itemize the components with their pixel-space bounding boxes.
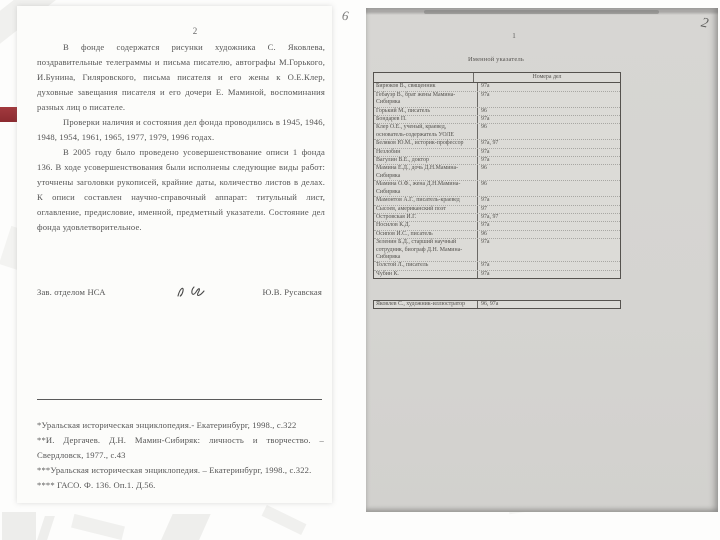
scanned-document-report-page: 2 В фонде содержатся рисунки художника С… bbox=[17, 6, 332, 503]
name-cell: Гебауэр В., брат жены Мамина-Сибиряка bbox=[374, 92, 478, 107]
file-numbers-cell: 96 bbox=[478, 124, 620, 139]
table-row: Носилов К.Д.97а bbox=[374, 222, 620, 230]
table-row: Зеленин Б.Д., старший научный сотрудник,… bbox=[374, 239, 620, 262]
signature-row: Зав. отделом НСА Ю.В. Русавская bbox=[37, 282, 322, 302]
name-cell: Зеленин Б.Д., старший научный сотрудник,… bbox=[374, 239, 478, 261]
file-numbers-cell: 97а bbox=[478, 222, 620, 229]
index-title: Именной указатель bbox=[373, 56, 619, 63]
name-cell: Бондарев П. bbox=[374, 116, 478, 123]
table-row: Беляков Ю.М., историк-профессор97а, 97 bbox=[374, 140, 620, 148]
table-row: Мамонтов А.Г., писатель-краевед97а bbox=[374, 197, 620, 205]
table-row: Островская И.Г.97а, 97 bbox=[374, 214, 620, 222]
name-cell: Носилов К.Д. bbox=[374, 222, 478, 229]
name-cell: Клер О.Е., ученый, краевед, основатель-с… bbox=[374, 124, 478, 139]
scanned-name-index-page: 2 1 Именной указатель Номера дел Бирюков… bbox=[366, 8, 718, 512]
table-row: Чубин К.97а bbox=[374, 271, 620, 278]
name-cell: Незлобин bbox=[374, 149, 478, 156]
watermark-shape bbox=[2, 512, 36, 540]
table-row: Гебауэр В., брат жены Мамина-Сибиряка97а bbox=[374, 92, 620, 108]
footnotes: *Уральская историческая энциклопедия.- Е… bbox=[37, 418, 324, 493]
name-cell: Яковлев С., художник-иллюстратор bbox=[374, 301, 478, 308]
document-paragraph: Проверки наличия и состояния дел фонда п… bbox=[37, 115, 325, 145]
name-cell: Толстой Л., писатель bbox=[374, 262, 478, 269]
name-cell: Осипов И.С., писатель bbox=[374, 231, 478, 238]
footnote-separator bbox=[37, 399, 322, 400]
name-index-table: Номера дел Бирюков В., священник97аГебау… bbox=[373, 72, 621, 279]
name-cell: Мамонтов А.Г., писатель-краевед bbox=[374, 197, 478, 204]
watermark-shape bbox=[35, 516, 55, 540]
file-numbers-cell: 97 bbox=[478, 206, 620, 213]
file-numbers-cell: 96 bbox=[478, 165, 620, 180]
footnote: **** ГАСО. Ф. 136. Оп.1. Д.56. bbox=[37, 478, 324, 493]
table-row: Толстой Л., писатель97а bbox=[374, 262, 620, 270]
file-numbers-cell: 97а bbox=[478, 116, 620, 123]
document-paragraphs: В фонде содержатся рисунки художника С. … bbox=[37, 40, 325, 235]
name-cell: Горький М., писатель bbox=[374, 108, 478, 115]
file-numbers-cell: 96 bbox=[478, 181, 620, 196]
file-numbers-cell: 97а bbox=[478, 262, 620, 269]
table-row: Осипов И.С., писатель96 bbox=[374, 231, 620, 239]
name-cell: Островская И.Г. bbox=[374, 214, 478, 221]
file-numbers-cell: 97а bbox=[478, 92, 620, 107]
name-cell: Бирюков В., священник bbox=[374, 83, 478, 90]
scan-edge-smudge bbox=[424, 10, 659, 14]
file-numbers-cell: 96 bbox=[478, 108, 620, 115]
table-row: Бирюков В., священник97а bbox=[374, 83, 620, 91]
page-number: 2 bbox=[185, 26, 205, 36]
file-numbers-cell: 97а, 97 bbox=[478, 140, 620, 147]
file-numbers-cell: 96, 97а bbox=[478, 301, 620, 308]
table-row: Вагулин В.Е., доктор97а bbox=[374, 157, 620, 165]
watermark-shape bbox=[159, 514, 210, 540]
signature-position-label: Зав. отделом НСА bbox=[37, 287, 106, 297]
slide-canvas: { "colors": { "accent_red": "#9d3338", "… bbox=[0, 0, 720, 540]
file-numbers-cell: 97а, 97 bbox=[478, 214, 620, 221]
table-row: Горький М., писатель96 bbox=[374, 108, 620, 116]
handwritten-number-left: 6 bbox=[341, 8, 349, 25]
numbers-column-header: Номера дел bbox=[474, 73, 620, 82]
handwritten-number-right: 2 bbox=[699, 15, 709, 32]
name-index-table-final-row: Яковлев С., художник-иллюстратор96, 97а bbox=[373, 300, 621, 309]
handwritten-signature-mark bbox=[170, 282, 216, 302]
watermark-shape bbox=[262, 505, 307, 535]
table-body: Бирюков В., священник97аГебауэр В., брат… bbox=[374, 83, 620, 278]
file-numbers-cell: 97а bbox=[478, 197, 620, 204]
file-numbers-cell: 97а bbox=[478, 149, 620, 156]
table-row: Мамина Е.Д., дочь Д.Н.Мамина-Сибиряка96 bbox=[374, 165, 620, 181]
footnote: ***Уральская историческая энциклопедия. … bbox=[37, 463, 324, 478]
names-column-header bbox=[374, 73, 474, 82]
table-row: Яковлев С., художник-иллюстратор96, 97а bbox=[374, 301, 620, 308]
table-row: Клер О.Е., ученый, краевед, основатель-с… bbox=[374, 124, 620, 140]
table-row: Незлобин97а bbox=[374, 149, 620, 157]
footnote: **И. Дергачев. Д.Н. Мамин-Сибиряк: лично… bbox=[37, 433, 324, 463]
watermark-shape bbox=[71, 514, 125, 540]
table-header-row: Номера дел bbox=[374, 73, 620, 83]
file-numbers-cell: 97а bbox=[478, 271, 620, 278]
name-cell: Беляков Ю.М., историк-профессор bbox=[374, 140, 478, 147]
table-row: Мамина О.Ф., жена Д.Н.Мамина-Сибиряка96 bbox=[374, 181, 620, 197]
file-numbers-cell: 97а bbox=[478, 83, 620, 90]
table-row: Сысоев, американский поэт97 bbox=[374, 206, 620, 214]
name-cell: Мамина О.Ф., жена Д.Н.Мамина-Сибиряка bbox=[374, 181, 478, 196]
name-cell: Сысоев, американский поэт bbox=[374, 206, 478, 213]
document-paragraph: В фонде содержатся рисунки художника С. … bbox=[37, 40, 325, 115]
signature-name: Ю.В. Русавская bbox=[262, 287, 322, 297]
page-number: 1 bbox=[506, 32, 522, 40]
name-cell: Чубин К. bbox=[374, 271, 478, 278]
name-cell: Вагулин В.Е., доктор bbox=[374, 157, 478, 164]
name-cell: Мамина Е.Д., дочь Д.Н.Мамина-Сибиряка bbox=[374, 165, 478, 180]
document-paragraph: В 2005 году было проведено усовершенство… bbox=[37, 145, 325, 235]
file-numbers-cell: 97а bbox=[478, 157, 620, 164]
footnote: *Уральская историческая энциклопедия.- Е… bbox=[37, 418, 324, 433]
file-numbers-cell: 96 bbox=[478, 231, 620, 238]
file-numbers-cell: 97а bbox=[478, 239, 620, 261]
